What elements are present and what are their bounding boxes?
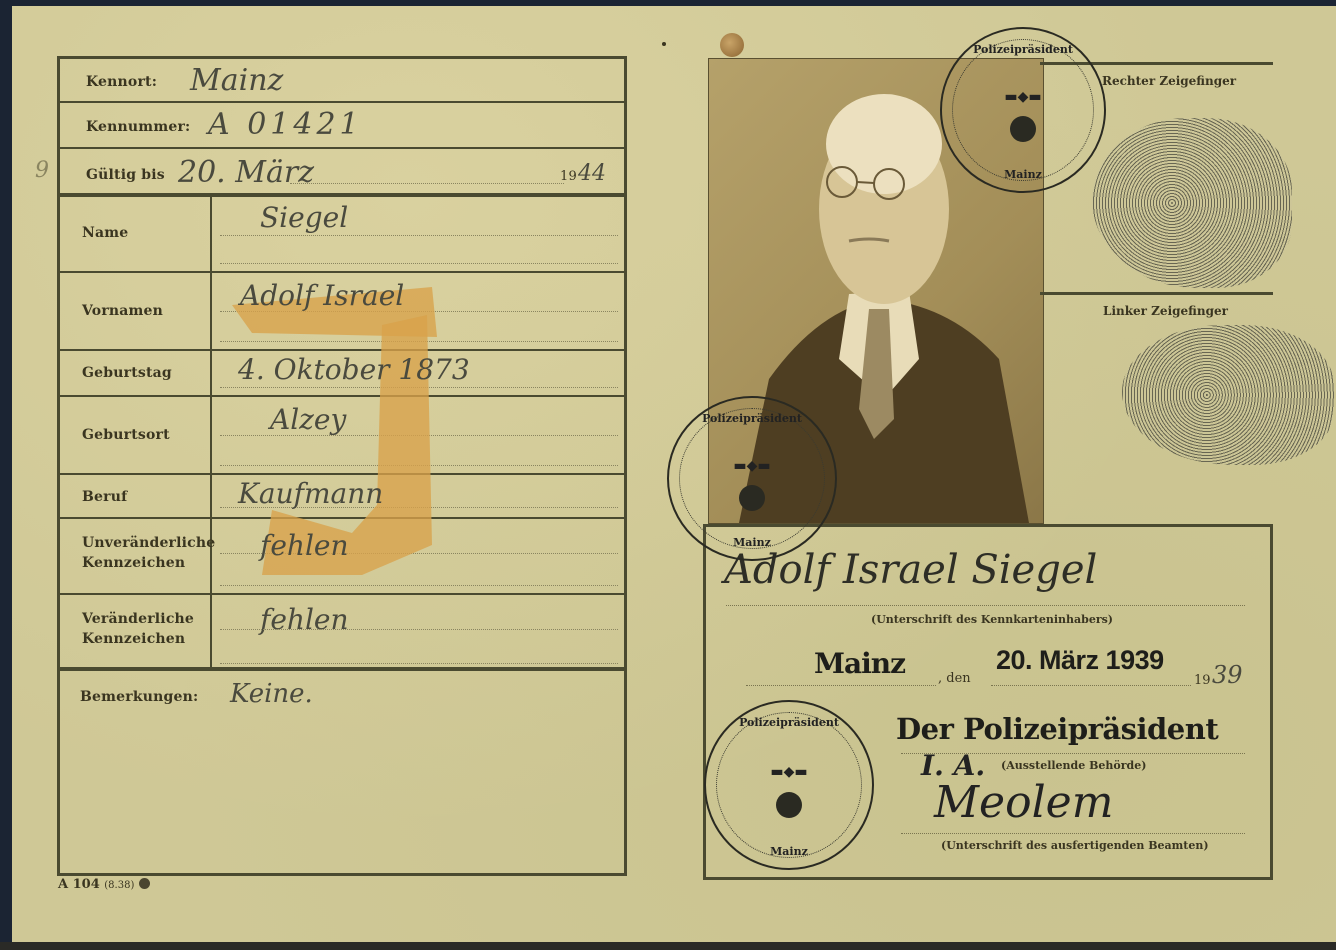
margin-note: 9 — [35, 158, 49, 183]
wreath-emblem-icon — [776, 792, 802, 818]
eagle-emblem-icon: ▬◆▬ — [1004, 89, 1041, 105]
field-label: Geburtstag — [82, 363, 172, 383]
field-label: Vornamen — [82, 301, 163, 321]
dotted-line — [220, 663, 618, 664]
field-label: Unveränderliche Kennzeichen — [82, 533, 212, 573]
kennummer-row: Kennummer: A 01421 — [60, 103, 624, 149]
kennort-row: Kennort: Mainz — [60, 59, 624, 103]
stamp-bottom-text: Mainz — [942, 168, 1104, 181]
holder-signature-line — [726, 605, 1245, 606]
den-label: , den — [938, 671, 971, 686]
gueltig-row: Gültig bis 20. März 19 44 — [60, 149, 624, 197]
gueltig-year-suffix: 44 — [578, 161, 606, 186]
stamp-bottom-text: Mainz — [706, 845, 872, 858]
kennummer-value: A 01421 — [208, 107, 363, 142]
stamp-inner-ring — [716, 712, 862, 858]
issue-place: Mainz — [814, 647, 905, 680]
official-signature: Meolem — [934, 777, 1113, 828]
dotted-line — [220, 263, 618, 264]
rivet-icon — [720, 33, 744, 57]
scan-bottom-edge — [0, 942, 1336, 950]
issuing-authority: Der Polizeipräsident — [896, 712, 1218, 746]
field-label: Name — [82, 223, 128, 243]
right-index-label: Rechter Zeigefinger — [1102, 74, 1236, 88]
wreath-emblem-icon — [1010, 116, 1036, 142]
issue-year-prefix: 19 — [1194, 673, 1211, 688]
kennort-value: Mainz — [190, 63, 283, 98]
gueltig-year-prefix: 19 — [560, 169, 577, 184]
dotted-line — [220, 235, 618, 236]
field-value: 4. Oktober 1873 — [238, 353, 618, 386]
printer-mark-icon — [139, 878, 150, 889]
gueltig-label: Gültig bis — [86, 167, 165, 183]
stamp-inner-ring — [679, 408, 825, 549]
remarks-value: Keine. — [230, 679, 313, 709]
stamp-bottom-text: Mainz — [669, 536, 835, 549]
official-signature-line — [901, 833, 1245, 834]
field-label: Geburtsort — [82, 425, 170, 445]
field-value: fehlen — [260, 603, 618, 636]
form-edition: (8.38) — [104, 880, 134, 891]
place-line — [746, 685, 936, 686]
field-value: Siegel — [260, 201, 618, 234]
scan-left-edge — [0, 0, 12, 950]
form-code: A 104 (8.38) — [58, 877, 150, 892]
field-value: Kaufmann — [238, 477, 618, 510]
remarks-label: Bemerkungen: — [80, 689, 198, 705]
field-value: Alzey — [270, 403, 618, 436]
fingerprint-mid-rule — [1040, 292, 1273, 295]
field-label: Veränderliche Kennzeichen — [82, 609, 212, 649]
date-line — [991, 685, 1191, 686]
field-value: fehlen — [260, 529, 618, 562]
kennort-label: Kennort: — [86, 74, 157, 90]
stamp-top-text: Polizeipräsident — [669, 412, 835, 425]
wreath-emblem-icon — [739, 485, 765, 511]
police-stamp-photo-bottom: Polizeipräsident ▬◆▬ Mainz — [667, 396, 837, 561]
form-code-number: A 104 — [58, 877, 100, 892]
police-stamp-photo-top: Polizeipräsident ▬◆▬ Mainz — [940, 27, 1106, 193]
field-label: Beruf — [82, 487, 127, 507]
gueltig-dotted-line — [290, 183, 564, 184]
issue-date: 20. März 1939 — [996, 645, 1164, 676]
stamp-top-text: Polizeipräsident — [942, 43, 1104, 56]
official-caption: (Unterschrift des ausfertigenden Beamten… — [941, 839, 1209, 852]
stamp-top-text: Polizeipräsident — [706, 716, 872, 729]
eagle-emblem-icon: ▬◆▬ — [733, 458, 770, 474]
issue-year-suffix: 39 — [1212, 661, 1243, 689]
field-row-name: Name Siegel — [60, 197, 624, 273]
dotted-line — [220, 629, 618, 630]
paper-speck — [662, 42, 666, 46]
police-stamp-signature: Polizeipräsident ▬◆▬ Mainz — [704, 700, 874, 870]
field-row-veraenderliche: Veränderliche Kennzeichen fehlen — [60, 595, 624, 671]
holder-caption: (Unterschrift des Kennkarteninhabers) — [871, 613, 1113, 626]
left-index-label: Linker Zeigefinger — [1103, 304, 1228, 318]
stamp-inner-ring — [952, 39, 1094, 181]
dotted-line — [220, 585, 618, 586]
eagle-emblem-icon: ▬◆▬ — [770, 764, 807, 780]
kennummer-label: Kennummer: — [86, 119, 190, 135]
authority-caption: (Ausstellende Behörde) — [1001, 759, 1146, 772]
gueltig-value: 20. März — [178, 155, 314, 190]
field-value: Adolf Israel — [240, 279, 618, 312]
